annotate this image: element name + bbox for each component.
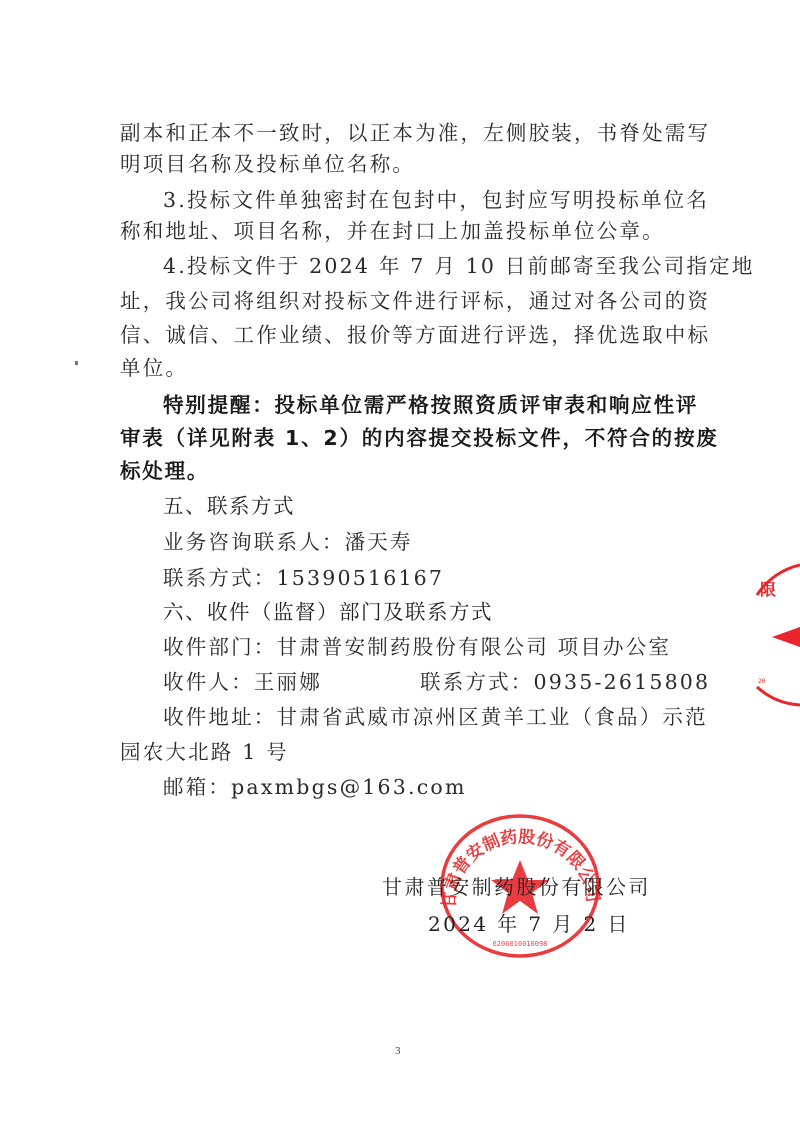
- body-line: 明项目名称及投标单位名称。: [120, 149, 415, 179]
- recipient-phone: 联系方式：0935-2615808: [420, 667, 710, 697]
- scan-speck: [75, 361, 78, 365]
- signature-company: 甘肃普安制药股份有限公司: [382, 873, 651, 901]
- section5-heading: 五、联系方式: [163, 491, 295, 521]
- signature-date: 2024 年 7 月 2 日: [428, 910, 630, 938]
- email-line: 邮箱：paxmbgs@163.com: [163, 772, 467, 802]
- document-page: 副本和正本不一致时，以正本为准，左侧胶装，书脊处需写 明项目名称及投标单位名称。…: [0, 0, 800, 1131]
- body-line: 称和地址、项目名称，并在封口上加盖投标单位公章。: [120, 216, 665, 246]
- body-line: 4.投标文件于 2024 年 7 月 10 日前邮寄至我公司指定地: [163, 251, 755, 281]
- reminder-line: 特别提醒：投标单位需严格按照资质评审表和响应性评: [163, 390, 698, 420]
- partial-seal-icon: 限 20: [752, 555, 800, 715]
- svg-text:限: 限: [760, 580, 776, 599]
- seal-code: 6206010010098: [493, 940, 548, 948]
- address-line-2: 园农大北路 1 号: [120, 737, 289, 767]
- contact-person: 业务咨询联系人：潘天寿: [163, 527, 413, 557]
- contact-phone: 联系方式：15390516167: [163, 563, 444, 593]
- body-line: 3.投标文件单独密封在包封中，包封应写明投标单位名: [163, 185, 709, 215]
- receiving-department: 收件部门：甘肃普安制药股份有限公司 项目办公室: [163, 632, 671, 662]
- recipient-name: 收件人：王丽娜: [163, 667, 322, 697]
- page-number: 3: [395, 1045, 401, 1057]
- reminder-line: 审表（详见附表 1、2）的内容提交投标文件，不符合的按废: [120, 423, 719, 453]
- body-line: 单位。: [120, 353, 188, 383]
- body-line: 信、诚信、工作业绩、报价等方面进行评选，择优选取中标: [120, 320, 710, 350]
- address-line-1: 收件地址：甘肃省武威市凉州区黄羊工业（食品）示范: [163, 702, 708, 732]
- section6-heading: 六、收件（监督）部门及联系方式: [163, 597, 493, 627]
- body-line: 址，我公司将组织对投标文件进行评标，通过对各公司的资: [120, 286, 710, 316]
- reminder-line: 标处理。: [120, 456, 209, 486]
- body-line: 副本和正本不一致时，以正本为准，左侧胶装，书脊处需写: [120, 118, 710, 148]
- svg-text:20: 20: [758, 678, 766, 685]
